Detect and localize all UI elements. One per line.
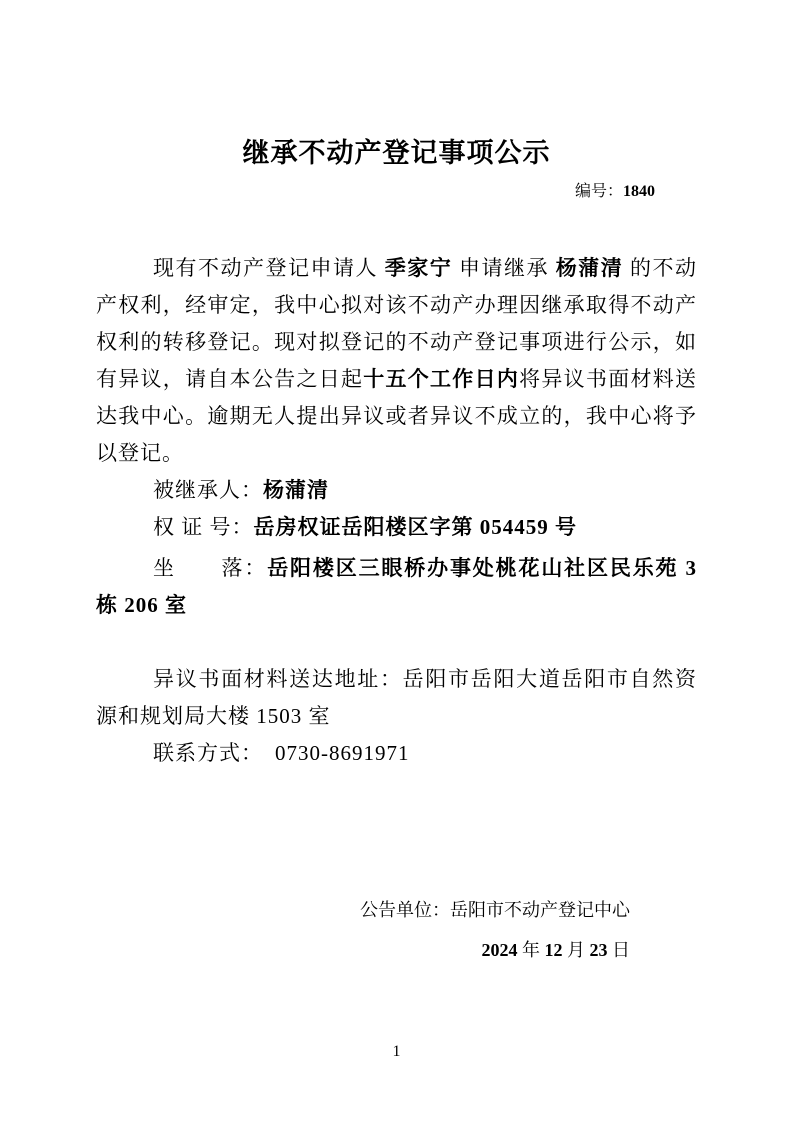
field-certificate-number: 权 证 号：岳房权证岳阳楼区字第 054459 号 [96,509,697,546]
field-certificate-value: 岳房权证岳阳楼区字第 054459 号 [254,515,578,539]
page-number: 1 [96,1042,697,1062]
date-line: 2024 年 12 月 23 日 [96,930,630,970]
document-page: 继承不动产登记事项公示 编号：1840 现有不动产登记申请人 季家宁 申请继承 … [0,0,793,1122]
doc-number-line: 编号：1840 [96,180,697,204]
applicant-name: 季家宁 [385,256,453,280]
issuer-name: 岳阳市不动产登记中心 [450,900,630,920]
paragraph-mid: 申请继承 [452,256,556,280]
doc-number-value: 1840 [623,183,655,200]
field-decedent-value: 杨蒲清 [263,478,329,502]
field-certificate-label: 权 证 号： [153,515,254,539]
footer-block: 公告单位：岳阳市不动产登记中心 2024 年 12 月 23 日 [96,890,697,970]
contact-label: 联系方式： [153,741,263,765]
field-decedent-label: 被继承人： [153,478,263,502]
deadline-text: 十五个工作日内 [363,367,519,391]
contact-phone: 0730-8691971 [275,741,410,765]
date-month-unit: 月 [563,940,590,960]
doc-number-label: 编号： [575,183,623,200]
date-day: 23 [590,940,608,960]
paragraph-intro: 现有不动产登记申请人 [153,256,385,280]
page-title: 继承不动产登记事项公示 [96,0,697,172]
delivery-address-label: 异议书面材料送达地址： [153,667,403,691]
delivery-address-paragraph: 异议书面材料送达地址：岳阳市岳阳大道岳阳市自然资源和规划局大楼 1503 室 [96,661,697,735]
decedent-name: 杨蒲清 [556,256,624,280]
issuer-label: 公告单位： [360,900,450,920]
issuer-line: 公告单位：岳阳市不动产登记中心 [96,890,630,930]
date-year: 2024 [482,940,518,960]
field-location-label: 坐 落： [153,556,267,580]
date-month: 12 [545,940,563,960]
date-year-unit: 年 [518,940,545,960]
date-day-unit: 日 [608,940,631,960]
contact-line: 联系方式：0730-8691971 [96,735,697,772]
field-location: 坐 落：岳阳楼区三眼桥办事处桃花山社区民乐苑 3 栋 206 室 [96,550,697,624]
field-decedent: 被继承人：杨蒲清 [96,472,697,509]
main-paragraph: 现有不动产登记申请人 季家宁 申请继承 杨蒲清 的不动产权利，经审定，我中心拟对… [96,250,697,472]
